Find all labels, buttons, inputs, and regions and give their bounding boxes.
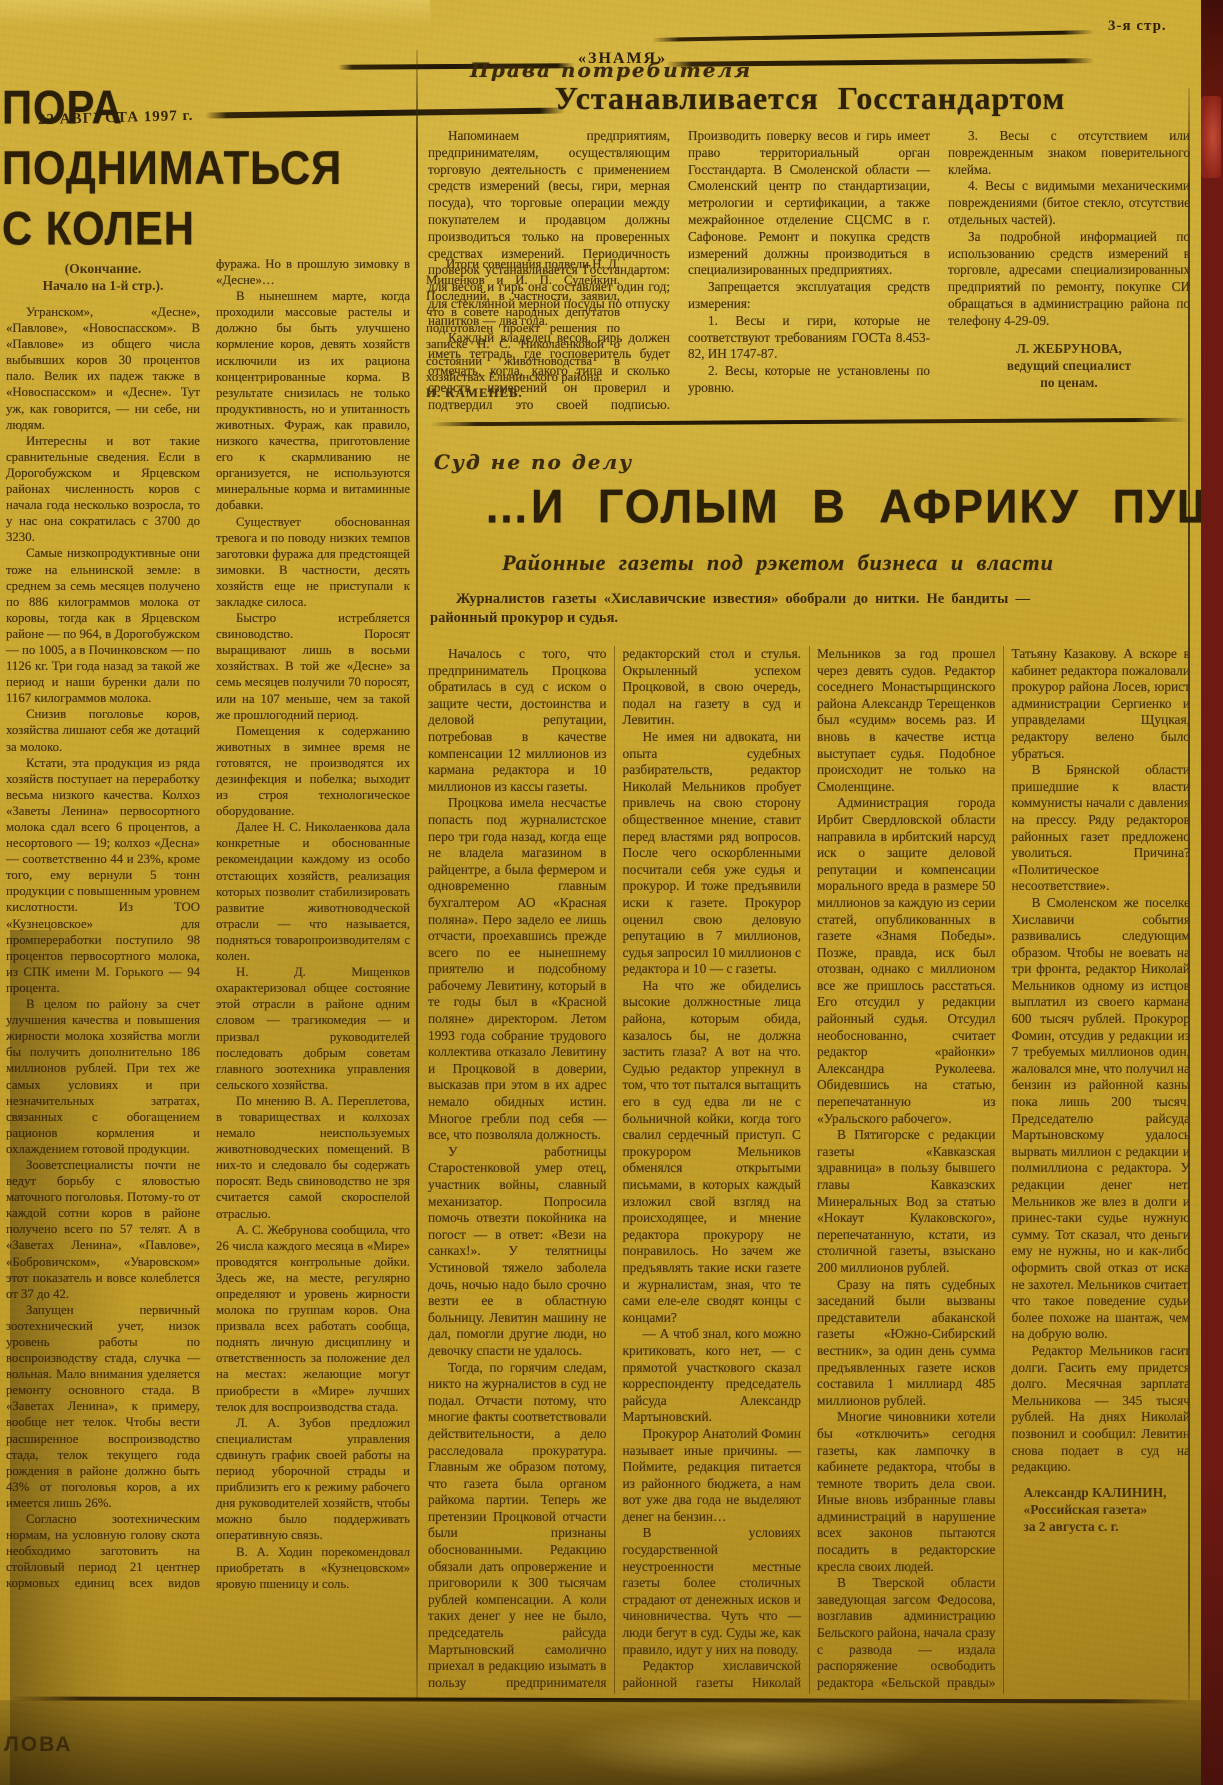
court-article-lead: Журналистов газеты «Хиславичские извести… [430,590,1030,627]
newspaper-sheet: 3-я стр. «ЗНАМЯ» 22 АВГУСТА 1997 г. ПОРА… [0,0,1201,1785]
court-article-paragraphs: Началось с того, что предприниматель Про… [428,646,1190,1694]
divider-vertical-main [416,50,418,1700]
masthead-rule-top-right [652,30,1094,42]
paper-bottom-shadow [0,1700,1201,1785]
page-edge-notch [1201,96,1221,178]
court-rubric: Суд не по делу [434,450,633,474]
consumer-article-body: Напоминаем предприятиям, предпринимателя… [428,128,1190,426]
consumer-rubric: Права потребителя [470,58,752,82]
consumer-article-signature: Л. ЖЕБРУНОВА,ведущий специалистпо ценам. [948,340,1190,391]
paper-top-highlight [0,0,430,26]
court-article-body: Началось с того, что предприниматель Про… [428,646,1190,1694]
page-right-edge [1201,0,1223,1785]
consumer-article-title: Устанавливается Госстандартом [430,80,1190,117]
divider-page-bottom [10,1696,1188,1703]
left-article-title: ПОРАПОДНИМАТЬСЯС КОЛЕН [2,78,392,259]
page-number-label: 3-я стр. [1108,18,1167,35]
court-article-subtitle: Районные газеты под рэкетом бизнеса и вл… [428,550,1128,576]
court-article-signature: Александр КАЛИНИН,«Российская газета»за … [1012,1484,1191,1535]
cut-word-fragment: ЛОВА [4,1733,72,1757]
newspaper-page: 3-я стр. «ЗНАМЯ» 22 АВГУСТА 1997 г. ПОРА… [0,0,1223,1785]
left-article-body: (Окончание. Начало на 1-й стр.). Угранск… [6,256,410,1604]
continuation-note: (Окончание. Начало на 1-й стр.). [14,260,192,294]
court-article-title: …И ГОЛЫМ В АФРИКУ ПУЩУ [428,478,1190,535]
